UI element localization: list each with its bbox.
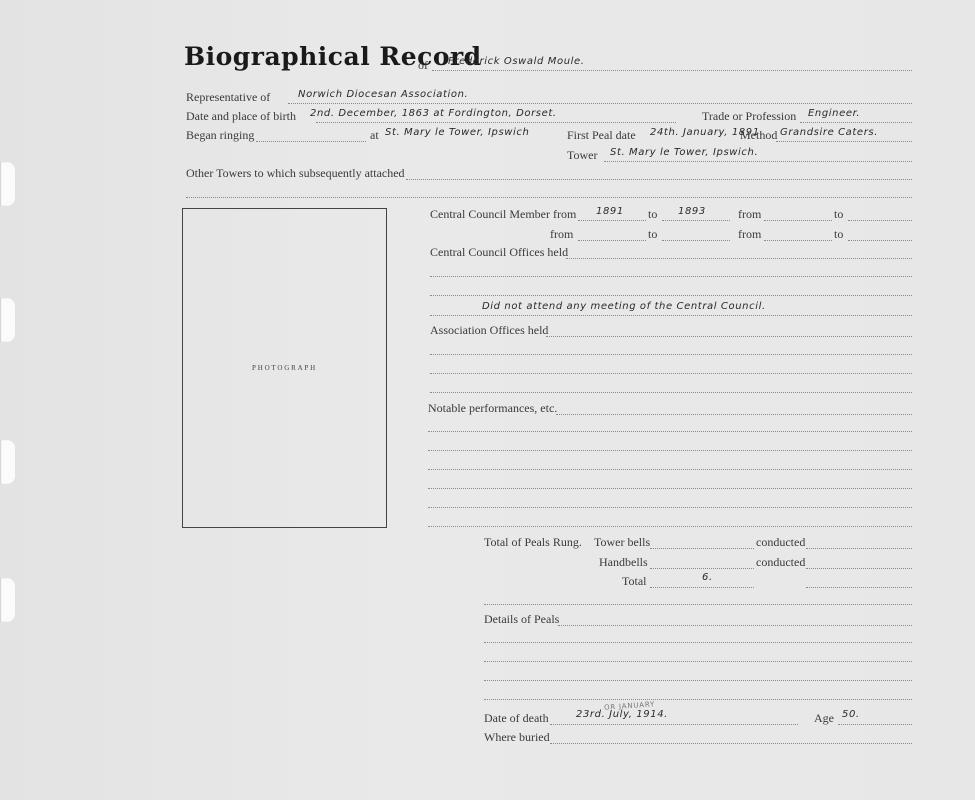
assoc-offices-label: Association Offices held [430, 323, 548, 338]
cc-offices-label: Central Council Offices held [430, 245, 568, 260]
assoc-offices-line-4 [430, 392, 912, 393]
began-at-label: at [370, 128, 379, 143]
cc-to-label: to [834, 207, 843, 222]
assoc-offices-line [546, 336, 912, 337]
conducted-label: conducted [756, 535, 805, 550]
total-label: Total [622, 574, 647, 589]
details-line-3 [484, 661, 912, 662]
name-field[interactable]: Frederick Oswald Moule. [448, 56, 585, 67]
cc-to-1-field[interactable]: 1893 [678, 206, 706, 217]
birth-label: Date and place of birth [186, 109, 296, 124]
representative-field[interactable]: Norwich Diocesan Association. [298, 89, 468, 100]
began-ringing-place-field[interactable]: St. Mary le Tower, Ipswich [385, 127, 529, 138]
total-field[interactable]: 6. [702, 572, 713, 583]
cc-member-label: Central Council Member from [430, 207, 576, 222]
method-line [776, 141, 912, 142]
binder-hole [0, 298, 15, 342]
cc-from-label: from [738, 207, 761, 222]
trade-field[interactable]: Engineer. [808, 108, 860, 119]
representative-line [288, 103, 912, 104]
tower-conducted-line [806, 548, 912, 549]
binder-hole [0, 578, 15, 622]
notable-line-3 [428, 450, 912, 451]
cc-offices-line-3 [430, 295, 912, 296]
death-label: Date of death [484, 711, 549, 726]
assoc-offices-line-2 [430, 354, 912, 355]
total-line [650, 587, 754, 588]
representative-label: Representative of [186, 90, 270, 105]
began-ringing-label: Began ringing [186, 128, 254, 143]
form-title: Biographical Record [184, 42, 482, 71]
notable-line-2 [428, 431, 912, 432]
binder-hole [0, 440, 15, 484]
other-towers-line-2 [186, 197, 912, 198]
cc-from-line-1 [578, 220, 646, 221]
tower-line [604, 161, 912, 162]
notable-line-5 [428, 488, 912, 489]
hand-conducted-line [806, 568, 912, 569]
cc-to-line-2 [848, 220, 912, 221]
age-line [838, 724, 912, 725]
name-line [432, 70, 912, 71]
birth-line [316, 122, 676, 123]
total-peals-label: Total of Peals Rung. [484, 535, 582, 550]
age-field[interactable]: 50. [842, 709, 860, 720]
death-date-field[interactable]: 23rd. July, 1914. [576, 709, 668, 720]
details-line-2 [484, 642, 912, 643]
cc-to-line-1 [662, 220, 730, 221]
details-line-4 [484, 680, 912, 681]
cc-offices-line-2 [430, 276, 912, 277]
of-label: of [418, 58, 428, 73]
cc-to-label: to [648, 227, 657, 242]
cc-to-line-4 [848, 240, 912, 241]
cc-to-line-3 [662, 240, 730, 241]
notable-line-6 [428, 507, 912, 508]
details-line-5 [484, 699, 912, 700]
trade-line [800, 122, 912, 123]
notable-line-7 [428, 526, 912, 527]
cc-from-line-4 [764, 240, 832, 241]
cc-from-label: from [738, 227, 761, 242]
cc-from-line-3 [578, 240, 646, 241]
photograph-label: PHOTOGRAPH [183, 364, 386, 372]
other-towers-line [406, 179, 912, 180]
buried-label: Where buried [484, 730, 550, 745]
first-peal-label: First Peal date [567, 128, 636, 143]
tower-bells-label: Tower bells [594, 535, 650, 550]
notable-line [556, 414, 912, 415]
binder-hole [0, 162, 15, 206]
record-sheet: Biographical Record of Frederick Oswald … [0, 0, 975, 800]
notable-label: Notable performances, etc. [428, 401, 557, 416]
cc-offices-line-4 [430, 315, 912, 316]
other-towers-label: Other Towers to which subsequently attac… [186, 166, 405, 181]
birth-field[interactable]: 2nd. December, 1863 at Fordington, Dorse… [310, 108, 557, 119]
trade-label: Trade or Profession [702, 109, 796, 124]
cc-to-label: to [648, 207, 657, 222]
details-line-0 [484, 604, 912, 605]
details-line [558, 625, 912, 626]
details-label: Details of Peals [484, 612, 559, 627]
death-line [550, 724, 798, 725]
cc-note-field[interactable]: Did not attend any meeting of the Centra… [482, 301, 766, 312]
method-label: Method [740, 128, 777, 143]
tower-label: Tower [567, 148, 597, 163]
photograph-box: PHOTOGRAPH [182, 208, 387, 528]
conducted-label: conducted [756, 555, 805, 570]
handbells-label: Handbells [599, 555, 648, 570]
total-extra-line [806, 587, 912, 588]
buried-line [550, 743, 912, 744]
method-field[interactable]: Grandsire Caters. [780, 127, 878, 138]
began-ringing-line [256, 141, 366, 142]
tower-field[interactable]: St. Mary le Tower, Ipswich. [610, 147, 758, 158]
cc-from-label: from [550, 227, 573, 242]
notable-line-4 [428, 469, 912, 470]
age-label: Age [814, 711, 834, 726]
cc-from-1-field[interactable]: 1891 [596, 206, 624, 217]
handbells-line [650, 568, 754, 569]
tower-bells-line [650, 548, 754, 549]
cc-to-label: to [834, 227, 843, 242]
cc-from-line-2 [764, 220, 832, 221]
cc-offices-line [566, 258, 912, 259]
assoc-offices-line-3 [430, 373, 912, 374]
